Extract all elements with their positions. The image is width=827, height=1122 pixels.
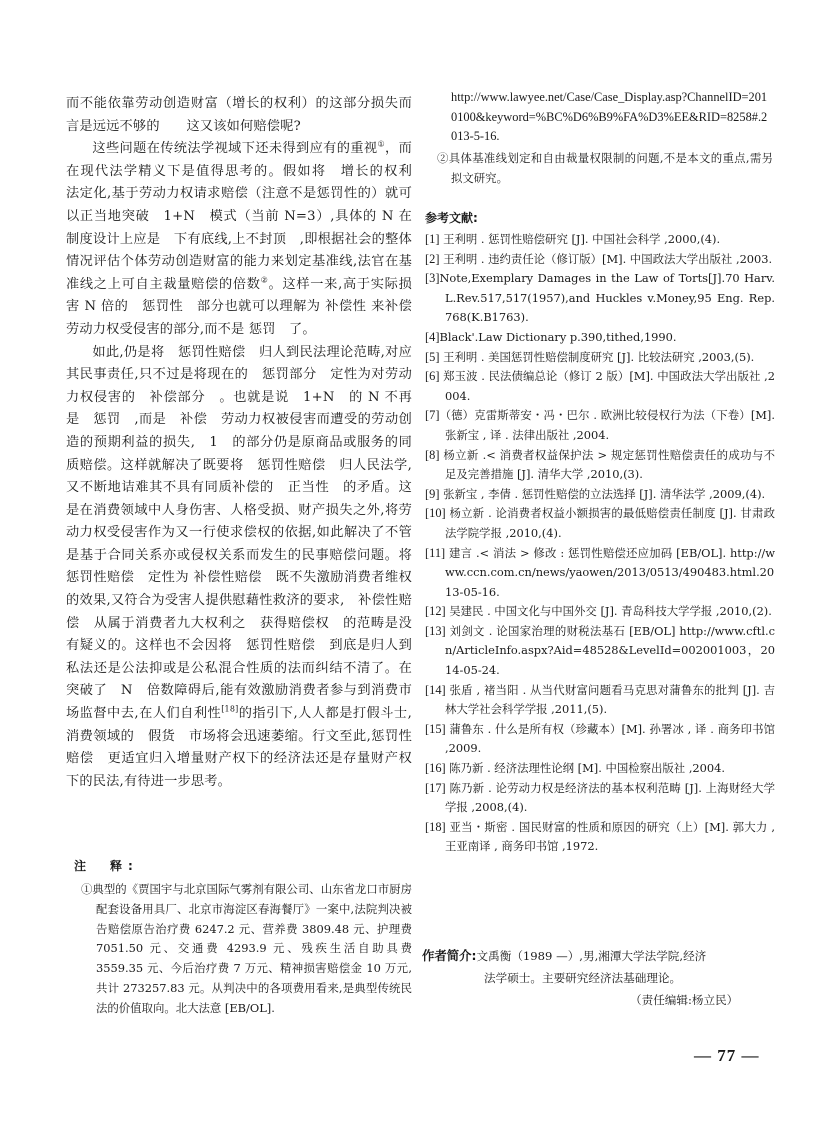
body-paragraph: 而不能依靠劳动创造财富（增长的权利）的这部分损失而言是远远不够的 这又该如何赔偿… (66, 93, 412, 138)
reference-item: [6] 郑玉波 . 民法债编总论（修订 2 版）[M]. 中国政法大学出版社 ,… (425, 367, 775, 406)
reference-text: 郑玉波 . 民法债编总论（修订 2 版）[M]. 中国政法大学出版社 ,2004… (439, 369, 775, 403)
reference-number: [17] (425, 781, 446, 795)
reference-item: [12] 吴建民 . 中国文化与中国外交 [J]. 青岛科技大学学报 ,2010… (425, 602, 775, 622)
reference-item: [14] 张盾 , 褚当阳 . 从当代财富问题看马克思对蒲鲁东的批判 [J]. … (425, 681, 775, 720)
reference-text: 杨立新 . 论消费者权益小额损害的最低赔偿责任制度 [J]. 甘肃政法学院学报 … (445, 506, 775, 540)
reference-text: 吴建民 . 中国文化与中国外交 [J]. 青岛科技大学学报 ,2010,(2). (446, 604, 772, 618)
reference-number: [3] (425, 271, 439, 285)
reference-item: [8] 杨立新 .< 消费者权益保护法 > 规定惩罚性赔偿责任的成功与不足及完善… (425, 446, 775, 485)
note-marker: ② (437, 151, 449, 165)
reference-text: 亚当・斯密 . 国民财富的性质和原因的研究（上）[M]. 郭大力 , 王亚南译 … (445, 820, 775, 854)
reference-number: [12] (425, 604, 446, 618)
body-paragraph: 这些问题在传统法学视域下还未得到应有的重视①，而在现代法学精义下是值得思考的。假… (66, 138, 412, 341)
footnote-marker[interactable]: ② (261, 275, 269, 284)
reference-number: [18] (425, 820, 446, 834)
author-bio-text: 文禹衡（1989 —）,男,湘潭大学法学院,经济 (477, 949, 707, 963)
reference-number: [8] (425, 448, 439, 462)
reference-text: （德）克雷斯蒂安・冯・巴尔 . 欧洲比较侵权行为法（下卷）[M]. 张新宝 , … (439, 408, 775, 442)
reference-text: 蒲鲁东 . 什么是所有权（珍藏本）[M]. 孙署冰 , 译 . 商务印书馆 ,2… (445, 722, 775, 756)
note-text: 具体基准线划定和自由裁量权限制的问题,不是本文的重点,需另拟文研究。 (449, 151, 773, 185)
reference-item: [9] 张新宝 , 李倩 . 惩罚性赔偿的立法选择 [J]. 清华法学 ,200… (425, 485, 775, 505)
reference-text: 王利明 . 美国惩罚性赔偿制度研究 [J]. 比较法研究 ,2003,(5). (439, 350, 754, 364)
note-item: ①典型的《贾国宇与北京国际气雾剂有限公司、山东省龙口市厨房配套设备用具厂、北京市… (68, 880, 412, 1019)
reference-text: 王利明 . 惩罚性赔偿研究 [J]. 中国社会科学 ,2000,(4). (439, 232, 720, 246)
journal-page: 而不能依靠劳动创造财富（增长的权利）的这部分损失而言是远远不够的 这又该如何赔偿… (0, 0, 827, 1122)
reference-text: 杨立新 .< 消费者权益保护法 > 规定惩罚性赔偿责任的成功与不足及完善措施 [… (439, 448, 775, 482)
reference-text: 陈乃新 . 经济法理性论纲 [M]. 中国检察出版社 ,2004. (446, 761, 725, 775)
reference-text: 王利明 . 违约责任论（修订版）[M]. 中国政法大学出版社 ,2003. (439, 252, 772, 266)
reference-number: [16] (425, 761, 446, 775)
reference-text: 建言 .< 消法 > 修改 : 惩罚性赔偿还应加码 [EB/OL]. http:… (445, 546, 775, 599)
reference-text: 张新宝 , 李倩 . 惩罚性赔偿的立法选择 [J]. 清华法学 ,2009,(4… (439, 487, 765, 501)
references-section: 参考文献: [1] 王利明 . 惩罚性赔偿研究 [J]. 中国社会科学 ,200… (425, 209, 775, 857)
reference-item: [5] 王利明 . 美国惩罚性赔偿制度研究 [J]. 比较法研究 ,2003,(… (425, 348, 775, 368)
reference-number: [10] (425, 506, 446, 520)
body-paragraph: 如此,仍是将 惩罚性赔偿 归人到民法理论范畴,对应其民事责任,只不过是将现在的 … (66, 342, 412, 794)
reference-item: [1] 王利明 . 惩罚性赔偿研究 [J]. 中国社会科学 ,2000,(4). (425, 230, 775, 250)
reference-item: [7]（德）克雷斯蒂安・冯・巴尔 . 欧洲比较侵权行为法（下卷）[M]. 张新宝… (425, 406, 775, 445)
reference-number: [6] (425, 369, 439, 383)
reference-text: 陈乃新 . 论劳动力权是经济法的基本权利范畴 [J]. 上海财经大学学报 ,20… (445, 781, 775, 815)
body-text-span: ，而在现代法学精义下是值得思考的。假如将 增长的权利 法定化,基于劳动力权请求赔… (66, 141, 425, 292)
responsible-editor: （责任编辑:杨立民） (630, 992, 738, 1008)
reference-number: [15] (425, 722, 446, 736)
note-url-link[interactable]: http://www.lawyee.net/Case/Case_Display.… (437, 88, 773, 147)
author-bio-label: 作者简介: (422, 948, 477, 963)
citation-marker[interactable]: [18] (221, 705, 238, 714)
reference-item: [11] 建言 .< 消法 > 修改 : 惩罚性赔偿还应加码 [EB/OL]. … (425, 544, 775, 603)
author-bio: 作者简介:文禹衡（1989 —）,男,湘潭大学法学院,经济 法学硕士。主要研究经… (422, 945, 782, 989)
body-text-span: 如此,仍是将 惩罚性赔偿 归人到民法理论范畴,对应其民事责任,只不过是将现在的 … (66, 345, 425, 722)
body-text-column: 而不能依靠劳动创造财富（增长的权利）的这部分损失而言是远远不够的 这又该如何赔偿… (66, 93, 412, 793)
notes-heading: 注 释: (74, 857, 412, 874)
author-bio-text: 法学硕士。主要研究经济法基础理论。 (422, 967, 782, 989)
note-item: ②具体基准线划定和自由裁量权限制的问题,不是本文的重点,需另拟文研究。 (437, 149, 773, 189)
reference-item: [16] 陈乃新 . 经济法理性论纲 [M]. 中国检察出版社 ,2004. (425, 759, 775, 779)
reference-item: [13] 刘剑文 . 论国家治理的财税法基石 [EB/OL] http://ww… (425, 622, 775, 681)
reference-item: [4]Black'.Law Dictionary p.390,tithed,19… (425, 328, 775, 348)
reference-number: [11] (425, 546, 445, 560)
notes-continuation: http://www.lawyee.net/Case/Case_Display.… (437, 88, 773, 188)
reference-item: [18] 亚当・斯密 . 国民财富的性质和原因的研究（上）[M]. 郭大力 , … (425, 818, 775, 857)
reference-number: [5] (425, 350, 439, 364)
reference-item: [15] 蒲鲁东 . 什么是所有权（珍藏本）[M]. 孙署冰 , 译 . 商务印… (425, 720, 775, 759)
reference-item: [17] 陈乃新 . 论劳动力权是经济法的基本权利范畴 [J]. 上海财经大学学… (425, 779, 775, 818)
reference-text: 刘剑文 . 论国家治理的财税法基石 [EB/OL] http://www.cft… (445, 624, 775, 677)
reference-number: [14] (425, 683, 446, 697)
reference-number: [4] (425, 330, 439, 344)
reference-text: Note,Exemplary Damages in the Law of Tor… (439, 271, 775, 324)
body-text-span: 这些问题在传统法学视域下还未得到应有的重视 (92, 141, 377, 156)
reference-number: [9] (425, 487, 439, 501)
page-number: — 77 — (694, 1046, 760, 1066)
footnote-marker[interactable]: ① (377, 140, 385, 149)
reference-number: [13] (425, 624, 446, 638)
notes-section: 注 释: ①典型的《贾国宇与北京国际气雾剂有限公司、山东省龙口市厨房配套设备用具… (66, 857, 412, 1019)
reference-text: Black'.Law Dictionary p.390,tithed,1990. (439, 330, 676, 344)
note-text: 典型的《贾国宇与北京国际气雾剂有限公司、山东省龙口市厨房配套设备用具厂、北京市海… (92, 882, 412, 1015)
reference-item: [3]Note,Exemplary Damages in the Law of … (425, 269, 775, 328)
references-heading: 参考文献: (425, 209, 775, 226)
reference-text: 张盾 , 褚当阳 . 从当代财富问题看马克思对蒲鲁东的批判 [J]. 吉林大学社… (445, 683, 775, 717)
reference-number: [2] (425, 252, 439, 266)
reference-number: [1] (425, 232, 439, 246)
note-marker: ① (81, 882, 92, 896)
reference-number: [7] (425, 408, 439, 422)
reference-item: [2] 王利明 . 违约责任论（修订版）[M]. 中国政法大学出版社 ,2003… (425, 250, 775, 270)
reference-item: [10] 杨立新 . 论消费者权益小额损害的最低赔偿责任制度 [J]. 甘肃政法… (425, 504, 775, 543)
